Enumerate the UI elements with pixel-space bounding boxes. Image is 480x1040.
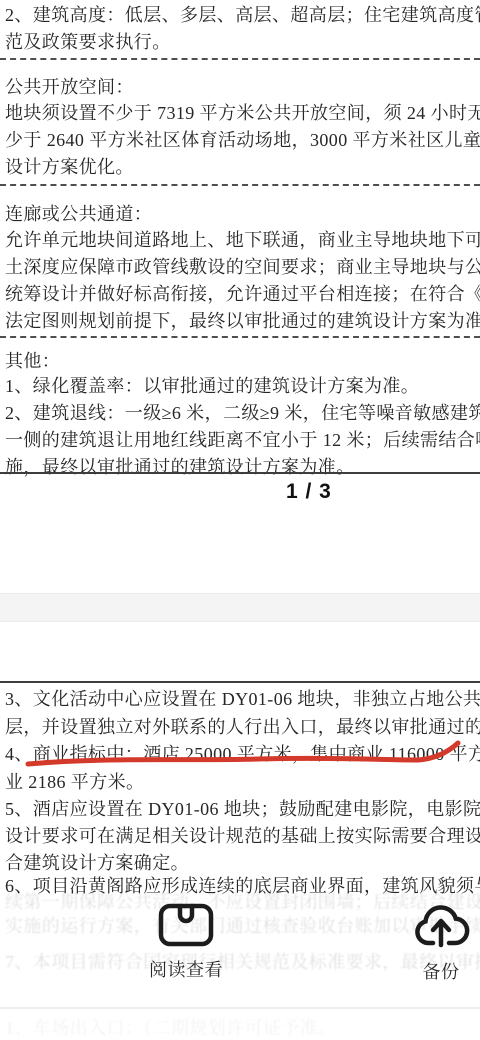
page-top-border — [0, 681, 480, 683]
page-gap-band — [0, 593, 480, 622]
open-book-icon — [157, 903, 215, 947]
doc-section-heading: 其他： — [5, 350, 60, 372]
doc-line: 统筹设计并做好标高衔接，允许通过平台相连接；在符合《深圳市 — [5, 283, 480, 305]
doc-line: 土深度应保障市政管线敷设的空间要求；商业主导地块与公园绿地 — [5, 256, 480, 278]
read-view-label: 阅读查看 — [149, 956, 223, 982]
doc-line: 2、建筑退线：一级≥6 米，二级≥9 米，住宅等噪音敏感建筑相邻 — [5, 402, 480, 424]
doc-line: 施，最终以审批通过的建筑设计方案为准。 — [5, 456, 355, 478]
doc-line: 3、文化活动中心应设置在 DY01-06 地块，非独立占地公共配套设 — [5, 688, 480, 710]
doc-line: 5、酒店应设置在 DY01-06 地块；鼓励配建电影院，电影院计入集 — [5, 798, 480, 820]
doc-section-heading: 连廊或公共通道： — [5, 203, 152, 225]
obscured-doc-line: 1、车场出入口：（二期规划许可证予准。 — [5, 1014, 337, 1040]
doc-line: 范及政策要求执行。 — [5, 31, 171, 53]
doc-line: 1、绿化覆盖率：以审批通过的建筑设计方案为准。 — [5, 375, 419, 397]
sheet-divider — [0, 1007, 480, 1009]
doc-section-heading: 公共开放空间： — [5, 76, 134, 98]
dashed-divider — [0, 336, 480, 338]
doc-line: 允许单元地块间道路地上、地下联通，商业主导地块地下可整体开 — [5, 229, 480, 251]
doc-line: 2、建筑高度：低层、多层、高层、超高层；住宅建筑高度管控要求 — [5, 4, 480, 26]
read-view-button[interactable]: 阅读查看 — [140, 903, 232, 982]
page-bottom-border — [0, 472, 480, 474]
doc-line: 法定图则规划前提下，最终以审批通过的建筑设计方案为准。 — [5, 310, 480, 332]
doc-line: 业 2186 平方米。 — [5, 771, 144, 793]
cloud-upload-icon — [412, 901, 470, 949]
dashed-divider — [0, 184, 480, 186]
document-viewer: 2、建筑高度：低层、多层、高层、超高层；住宅建筑高度管控要求 范及政策要求执行。… — [0, 0, 480, 1040]
backup-button[interactable]: 备份 — [408, 901, 474, 984]
doc-line: 设计要求可在满足相关设计规范的基础上按实际需要合理设置；结 — [5, 825, 480, 847]
doc-line: 层，并设置独立对外联系的人行出入口，最终以审批通过的建筑设 — [5, 716, 480, 738]
doc-line: 地块须设置不少于 7319 平方米公共开放空间，须 24 小时无条件向 — [5, 102, 480, 124]
page-indicator: 1 / 3 — [286, 480, 332, 504]
doc-line-highlighted: 4、商业指标中：酒店 25000 平方米，集中商业 116000 平方米，社 — [5, 743, 480, 765]
doc-line: 合建筑设计方案确定。 — [5, 852, 189, 874]
doc-line: 少于 2640 平方米社区体育活动场地，3000 平方米社区儿童游戏场地 — [5, 129, 480, 151]
backup-label: 备份 — [423, 958, 460, 984]
doc-line: 一侧的建筑退让用地红线距离不宜小于 12 米；后续需结合噪声防 — [5, 429, 480, 451]
doc-line: 设计方案优化。 — [5, 156, 134, 178]
dashed-divider — [0, 58, 480, 60]
